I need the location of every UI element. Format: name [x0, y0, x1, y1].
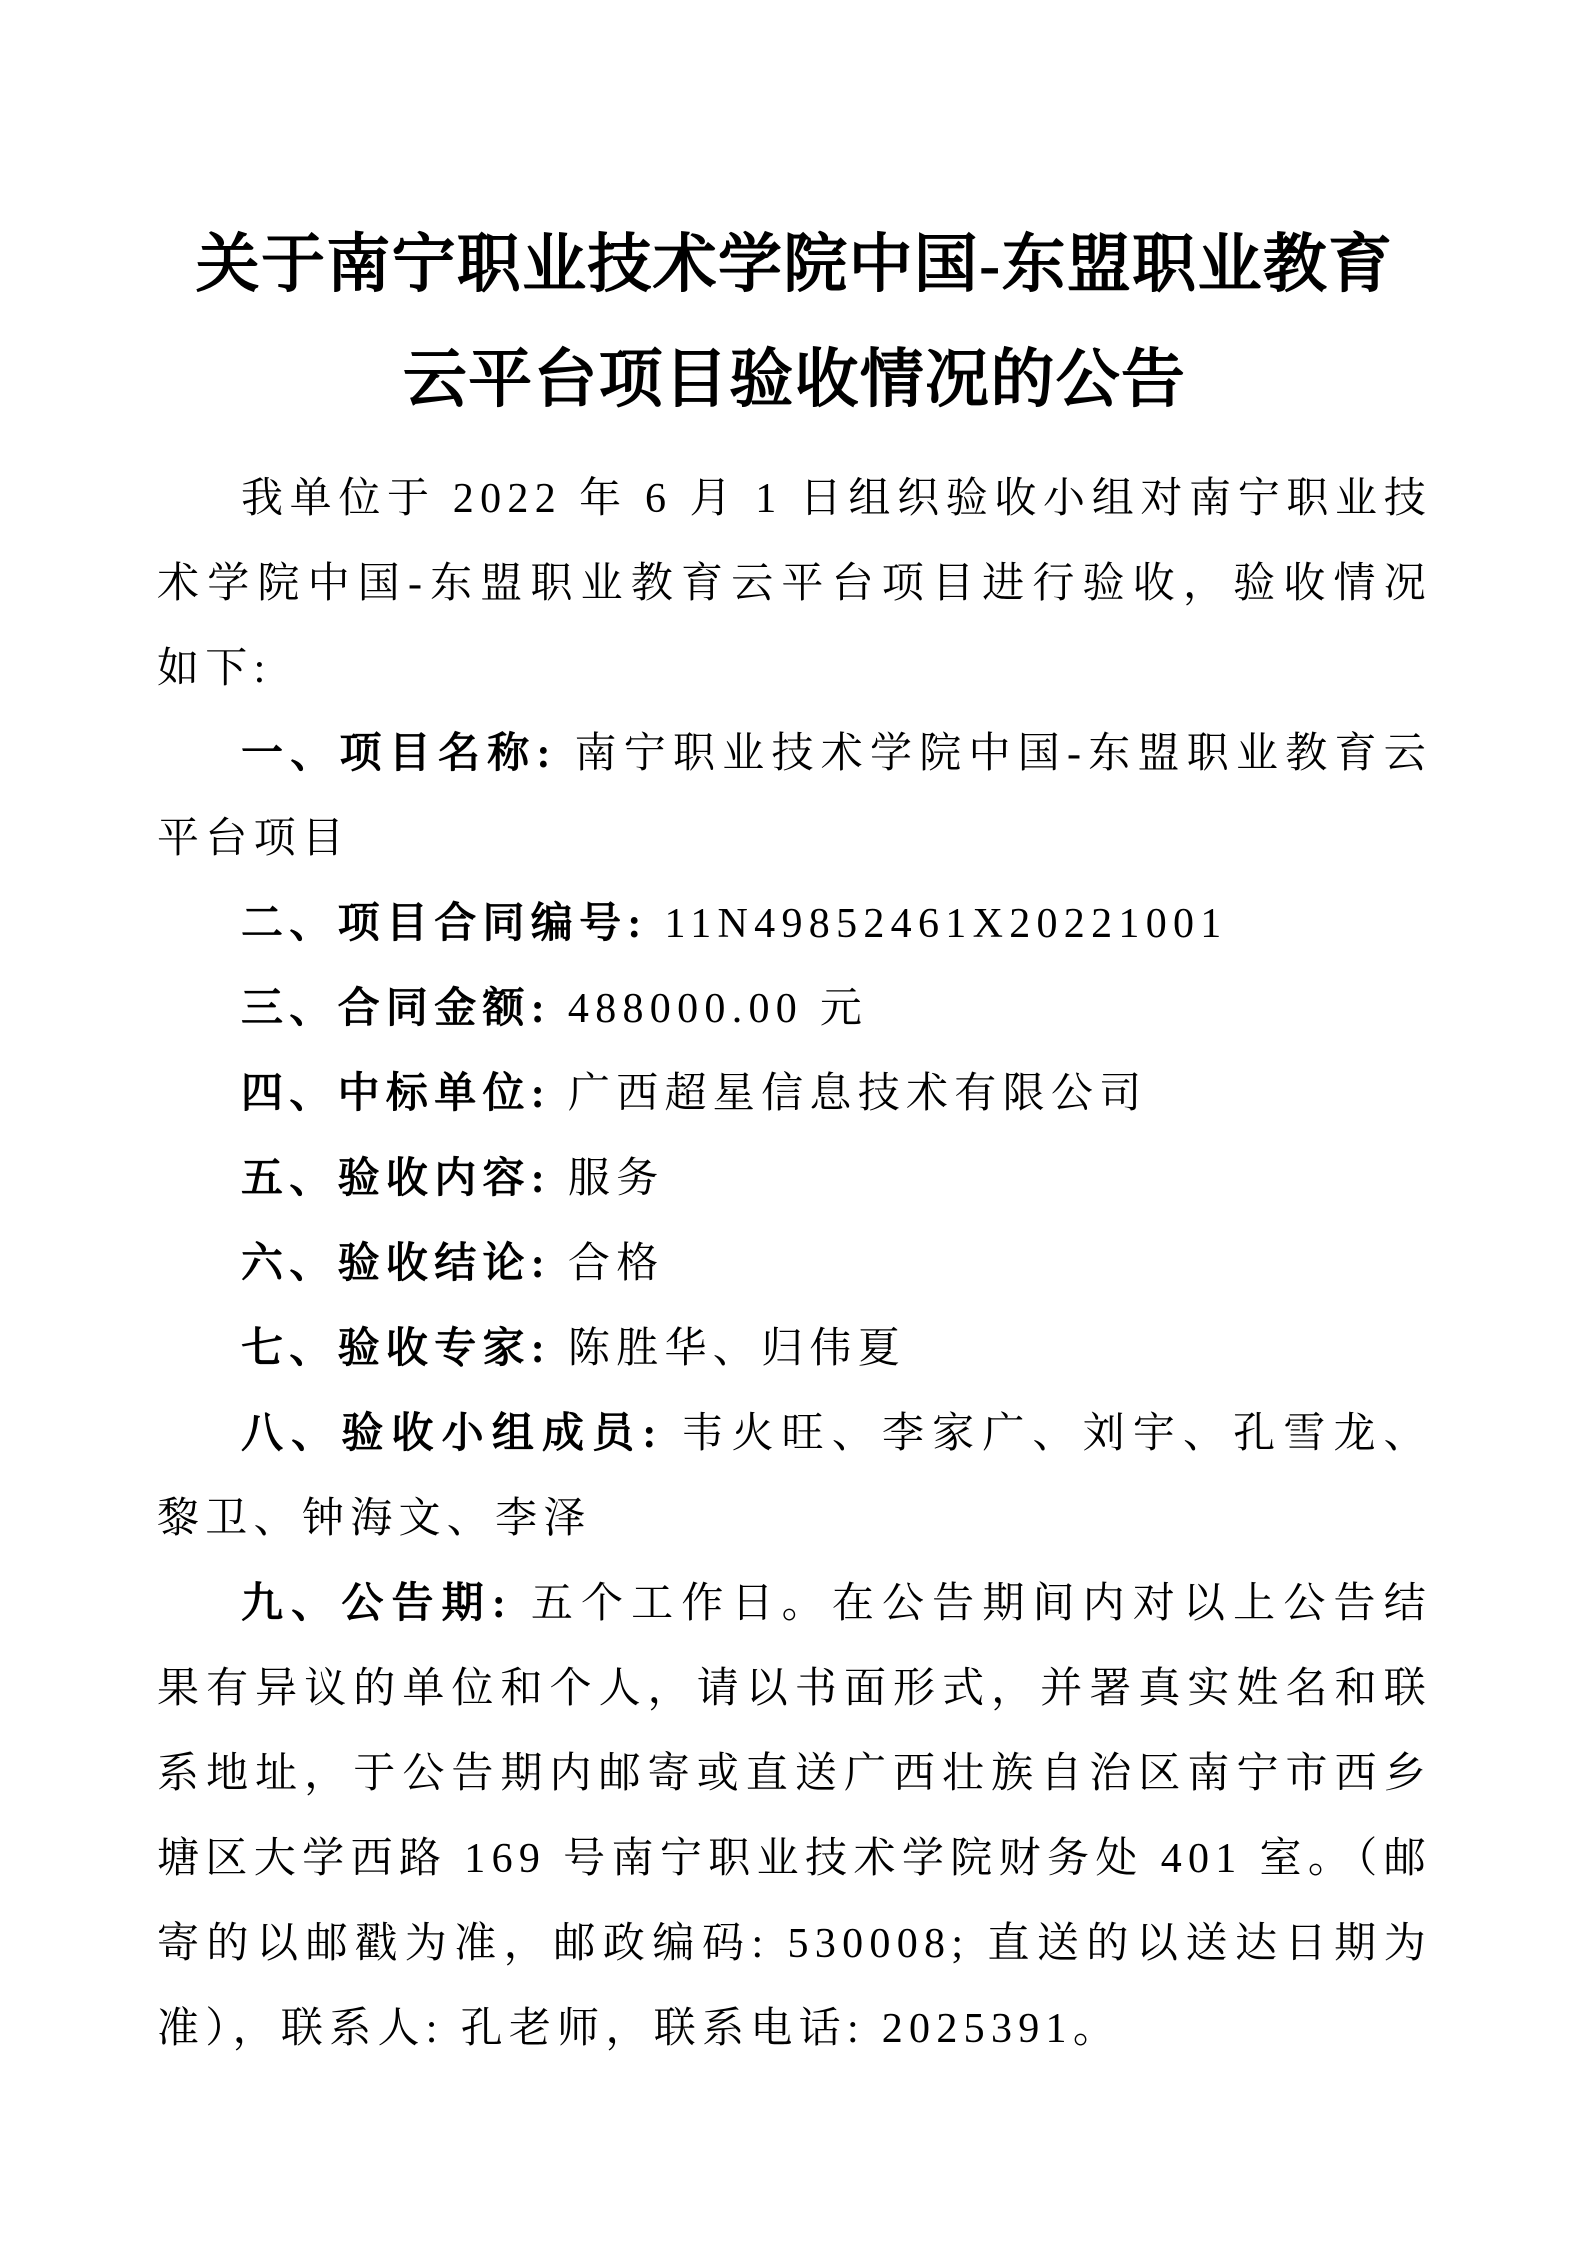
item-value: 陈胜华、归伟夏 — [568, 1326, 906, 1372]
title-line-2: 云平台项目验收情况的公告 — [403, 344, 1186, 415]
item-value: 服务 — [568, 1156, 665, 1202]
item-value: 合格 — [568, 1241, 665, 1287]
item-value: 11N49852461X20221001 — [665, 901, 1228, 947]
item-paragraph-6: 六、验收结论: 合格 — [157, 1222, 1432, 1307]
item-value: 488000.00 元 — [568, 986, 868, 1032]
item-label: 五、验收内容: — [241, 1156, 568, 1202]
item-value: 五个工作日。在公告期间内对以上公告结果有异议的单位和个人，请以书面形式，并署真实… — [157, 1581, 1432, 2052]
item-label: 九、公告期: — [241, 1581, 531, 1627]
item-label: 八、验收小组成员: — [241, 1411, 681, 1457]
title-line-1: 关于南宁职业技术学院中国-东盟职业教育 — [196, 229, 1394, 300]
item-label: 六、验收结论: — [241, 1241, 568, 1287]
document-page: 关于南宁职业技术学院中国-东盟职业教育 云平台项目验收情况的公告 我单位于 20… — [0, 0, 1587, 2245]
document-body: 我单位于 2022 年 6 月 1 日组织验收小组对南宁职业技术学院中国-东盟职… — [157, 457, 1432, 2072]
intro-paragraph: 我单位于 2022 年 6 月 1 日组织验收小组对南宁职业技术学院中国-东盟职… — [157, 457, 1432, 712]
item-paragraph-7: 七、验收专家: 陈胜华、归伟夏 — [157, 1307, 1432, 1392]
intro-text: 我单位于 2022 年 6 月 1 日组织验收小组对南宁职业技术学院中国-东盟职… — [157, 476, 1432, 692]
item-label: 二、项目合同编号: — [241, 901, 665, 947]
item-paragraph-2: 二、项目合同编号: 11N49852461X20221001 — [157, 882, 1432, 967]
item-paragraph-4: 四、中标单位: 广西超星信息技术有限公司 — [157, 1052, 1432, 1137]
item-paragraph-8: 八、验收小组成员: 韦火旺、李家广、刘宇、孔雪龙、黎卫、钟海文、李泽 — [157, 1392, 1432, 1562]
item-label: 三、合同金额: — [241, 986, 568, 1032]
item-value: 广西超星信息技术有限公司 — [568, 1071, 1148, 1117]
item-label: 四、中标单位: — [241, 1071, 568, 1117]
document-title: 关于南宁职业技术学院中国-东盟职业教育 云平台项目验收情况的公告 — [157, 207, 1432, 437]
item-paragraph-5: 五、验收内容: 服务 — [157, 1137, 1432, 1222]
item-paragraph-9: 九、公告期: 五个工作日。在公告期间内对以上公告结果有异议的单位和个人，请以书面… — [157, 1562, 1432, 2072]
item-label: 一、项目名称: — [241, 731, 575, 777]
item-paragraph-1: 一、项目名称: 南宁职业技术学院中国-东盟职业教育云平台项目 — [157, 712, 1432, 882]
item-label: 七、验收专家: — [241, 1326, 568, 1372]
item-paragraph-3: 三、合同金额: 488000.00 元 — [157, 967, 1432, 1052]
